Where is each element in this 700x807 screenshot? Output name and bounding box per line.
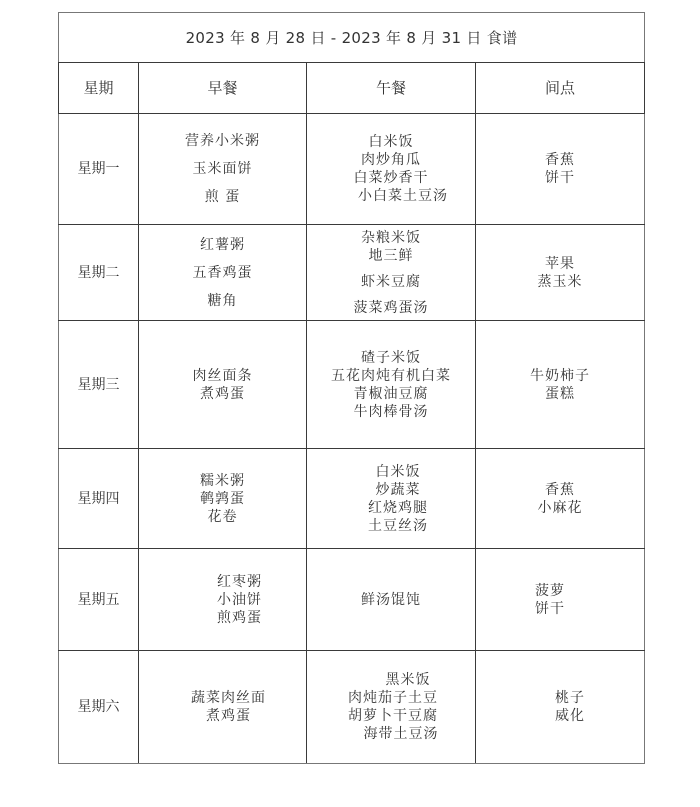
menu-item: 肉丝面条 — [193, 367, 253, 385]
menu-item: 桃子 — [555, 689, 585, 707]
table-row-thursday: 星期四 糯米粥 鹌鹑蛋 花卷 白米饭 炒蔬菜 红烧鸡腿 土豆丝汤 香蕉 小麻花 — [59, 449, 645, 549]
menu-item: 饼干 — [545, 169, 575, 187]
day-label: 星期一 — [59, 114, 139, 225]
menu-item: 土豆丝汤 — [368, 517, 428, 535]
table-row-tuesday: 星期二 红薯粥 五香鸡蛋 糖角 杂粮米饭 地三鲜 虾米豆腐 菠菜鸡蛋汤 苹果 蒸… — [59, 225, 645, 321]
snack-cell: 菠萝 饼干 — [476, 549, 645, 651]
menu-item: 煮鸡蛋 — [206, 707, 251, 725]
menu-item: 蛋糕 — [545, 385, 575, 403]
menu-item: 鹌鹑蛋 — [200, 490, 245, 508]
menu-item: 杂粮米饭 — [361, 229, 421, 247]
menu-item: 青椒油豆腐 — [354, 385, 429, 403]
menu-title: 2023 年 8 月 28 日 - 2023 年 8 月 31 日 食谱 — [59, 13, 645, 63]
menu-item: 牛奶柿子 — [530, 367, 590, 385]
lunch-cell: 鲜汤馄饨 — [307, 549, 476, 651]
lunch-cell: 白米饭 肉炒角瓜 白菜炒香干 小白菜土豆汤 — [307, 114, 476, 225]
lunch-cell: 杂粮米饭 地三鲜 虾米豆腐 菠菜鸡蛋汤 — [307, 225, 476, 321]
snack-cell: 牛奶柿子 蛋糕 — [476, 321, 645, 449]
menu-table: 2023 年 8 月 28 日 - 2023 年 8 月 31 日 食谱 星期 … — [58, 12, 645, 764]
menu-item: 虾米豆腐 — [361, 273, 421, 291]
menu-item: 五花肉炖有机白菜 — [331, 367, 451, 385]
menu-item: 红枣粥 — [217, 573, 262, 591]
menu-item: 肉炒角瓜 — [361, 151, 421, 169]
lunch-cell: 黑米饭 肉炖茄子土豆 胡萝卜干豆腐 海带土豆汤 — [307, 651, 476, 764]
day-label: 星期四 — [59, 449, 139, 549]
table-row-saturday: 星期六 蔬菜肉丝面 煮鸡蛋 黑米饭 肉炖茄子土豆 胡萝卜干豆腐 海带土豆汤 桃子… — [59, 651, 645, 764]
menu-item: 碴子米饭 — [361, 349, 421, 367]
menu-item: 香蕉 — [545, 481, 575, 499]
day-label: 星期五 — [59, 549, 139, 651]
menu-item: 蔬菜肉丝面 — [191, 689, 266, 707]
menu-item: 煎鸡蛋 — [217, 609, 262, 627]
menu-item: 海带土豆汤 — [348, 725, 439, 743]
title-row: 2023 年 8 月 28 日 - 2023 年 8 月 31 日 食谱 — [59, 13, 645, 63]
menu-item: 牛肉棒骨汤 — [354, 403, 429, 421]
header-breakfast: 早餐 — [139, 63, 307, 114]
header-snack: 间点 — [476, 63, 645, 114]
menu-item: 白米饭 — [369, 133, 414, 151]
menu-item: 胡萝卜干豆腐 — [348, 707, 438, 725]
menu-item: 五香鸡蛋 — [193, 264, 253, 282]
day-label: 星期六 — [59, 651, 139, 764]
snack-cell: 香蕉 饼干 — [476, 114, 645, 225]
menu-item: 煎 蛋 — [205, 188, 240, 206]
table-row-friday: 星期五 红枣粥 小油饼 煎鸡蛋 鲜汤馄饨 菠萝 饼干 — [59, 549, 645, 651]
menu-item: 菠萝 — [535, 582, 565, 600]
lunch-cell: 碴子米饭 五花肉炖有机白菜 青椒油豆腐 牛肉棒骨汤 — [307, 321, 476, 449]
menu-item: 红烧鸡腿 — [368, 499, 428, 517]
menu-item: 花卷 — [208, 508, 238, 526]
breakfast-cell: 营养小米粥 玉米面饼 煎 蛋 — [139, 114, 307, 225]
breakfast-cell: 糯米粥 鹌鹑蛋 花卷 — [139, 449, 307, 549]
menu-item: 苹果 — [545, 255, 575, 273]
table-row-monday: 星期一 营养小米粥 玉米面饼 煎 蛋 白米饭 肉炒角瓜 白菜炒香干 小白菜土豆汤… — [59, 114, 645, 225]
breakfast-cell: 肉丝面条 煮鸡蛋 — [139, 321, 307, 449]
menu-item: 蒸玉米 — [538, 273, 583, 291]
breakfast-cell: 红薯粥 五香鸡蛋 糖角 — [139, 225, 307, 321]
menu-item: 玉米面饼 — [193, 160, 253, 178]
menu-item: 糯米粥 — [200, 472, 245, 490]
menu-item: 小麻花 — [538, 499, 583, 517]
menu-item: 肉炖茄子土豆 — [348, 689, 438, 707]
menu-item: 炒蔬菜 — [376, 481, 421, 499]
menu-item: 威化 — [555, 707, 585, 725]
menu-item: 黑米饭 — [356, 671, 431, 689]
day-label: 星期二 — [59, 225, 139, 321]
lunch-cell: 白米饭 炒蔬菜 红烧鸡腿 土豆丝汤 — [307, 449, 476, 549]
header-row: 星期 早餐 午餐 间点 — [59, 63, 645, 114]
menu-item: 小油饼 — [217, 591, 262, 609]
menu-item: 白菜炒香干 — [354, 169, 429, 187]
menu-item: 糖角 — [208, 292, 238, 310]
menu-item: 鲜汤馄饨 — [361, 591, 421, 609]
breakfast-cell: 红枣粥 小油饼 煎鸡蛋 — [139, 549, 307, 651]
menu-item: 饼干 — [535, 600, 565, 618]
table-row-wednesday: 星期三 肉丝面条 煮鸡蛋 碴子米饭 五花肉炖有机白菜 青椒油豆腐 牛肉棒骨汤 牛… — [59, 321, 645, 449]
snack-cell: 香蕉 小麻花 — [476, 449, 645, 549]
menu-item: 香蕉 — [545, 151, 575, 169]
menu-item: 营养小米粥 — [185, 132, 260, 150]
day-label: 星期三 — [59, 321, 139, 449]
snack-cell: 苹果 蒸玉米 — [476, 225, 645, 321]
menu-item: 菠菜鸡蛋汤 — [354, 299, 429, 317]
snack-cell: 桃子 威化 — [476, 651, 645, 764]
menu-item: 小白菜土豆汤 — [334, 187, 448, 205]
menu-item: 煮鸡蛋 — [200, 385, 245, 403]
menu-item: 地三鲜 — [369, 247, 414, 265]
menu-item: 红薯粥 — [200, 236, 245, 254]
breakfast-cell: 蔬菜肉丝面 煮鸡蛋 — [139, 651, 307, 764]
menu-item: 白米饭 — [376, 463, 421, 481]
header-lunch: 午餐 — [307, 63, 476, 114]
header-day: 星期 — [59, 63, 139, 114]
